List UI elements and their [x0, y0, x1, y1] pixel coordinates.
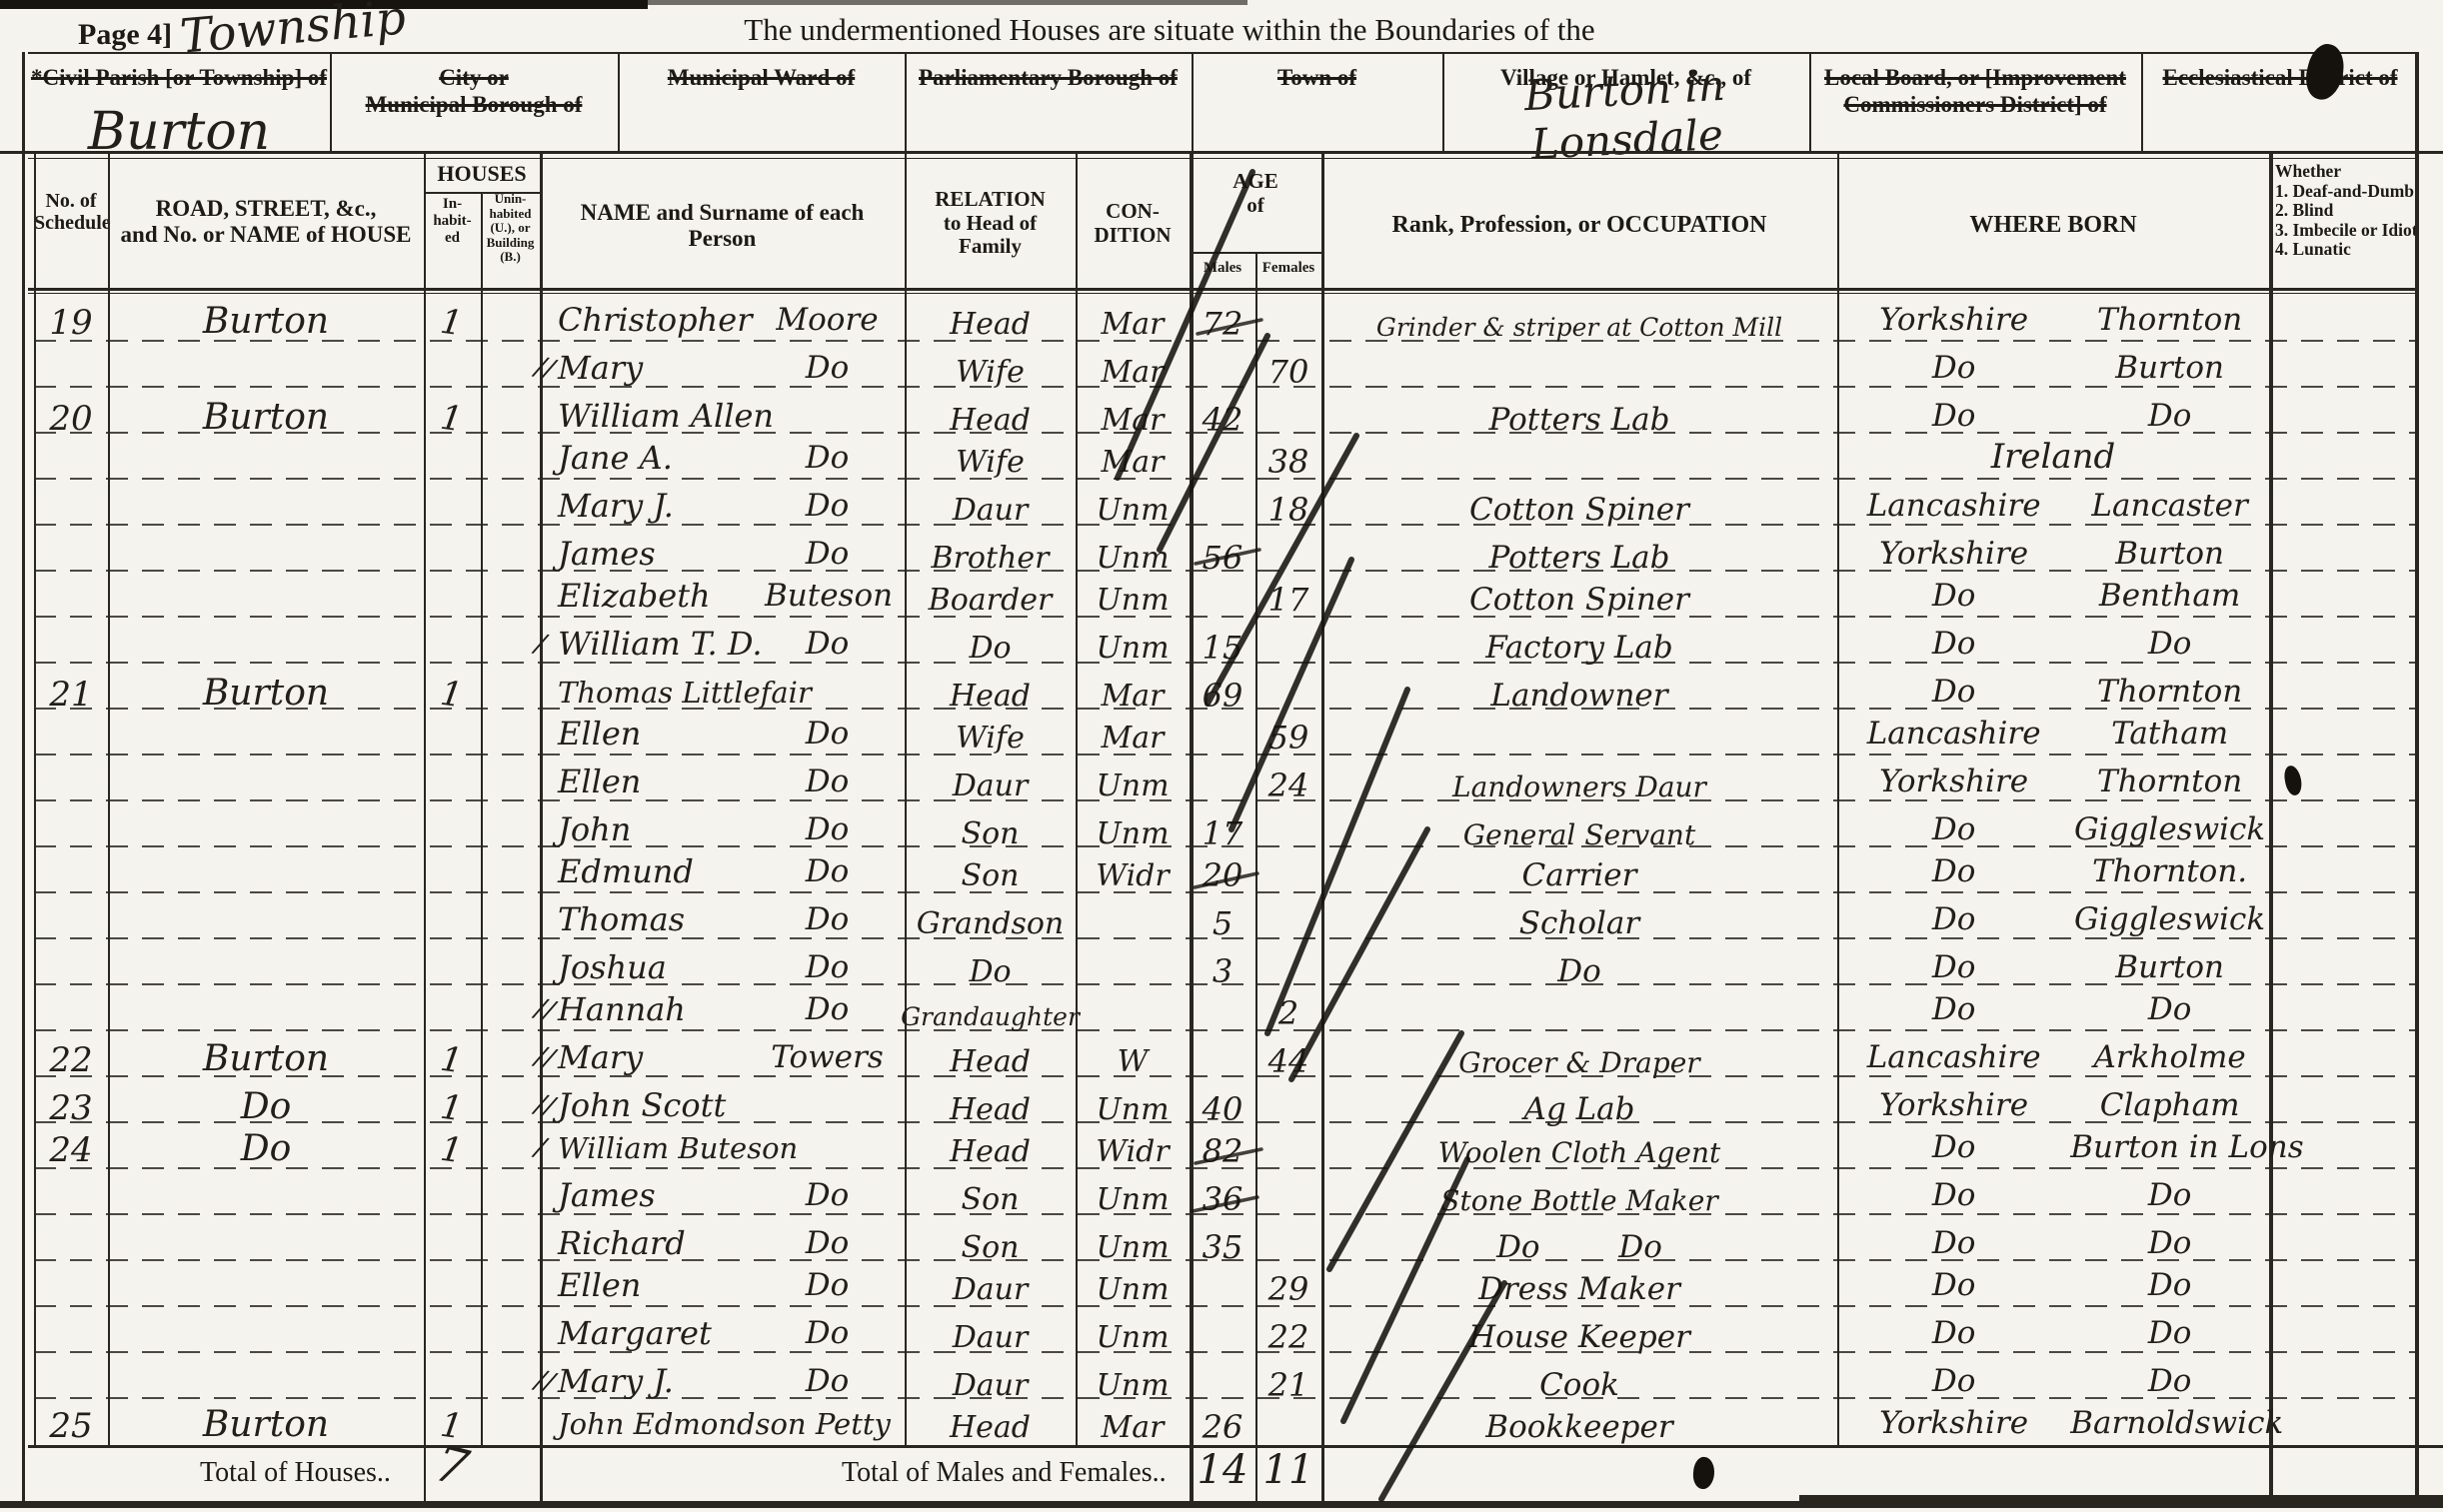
cell-road: Burton [108, 390, 424, 436]
cell-relation: Do [905, 941, 1076, 987]
cell-schedule-number: 25 [34, 1397, 108, 1443]
born-county: Do [1837, 1366, 2070, 1397]
cell-relation: Daur [905, 480, 1076, 526]
cell-age-male [1190, 1355, 1255, 1401]
cell-condition: Unm [1076, 618, 1190, 664]
cell-relation: Head [905, 1397, 1076, 1443]
cell-name: / William Buteson [540, 1121, 905, 1167]
cell-age-male: 20 [1190, 845, 1255, 891]
born-county: Do [1837, 353, 2070, 384]
born-place: Thornton [2070, 677, 2269, 708]
enumerator-tick: // [533, 1366, 557, 1397]
cell-condition: Unm [1076, 803, 1190, 849]
name-given: Richard [558, 1227, 686, 1259]
cell-inhabited [421, 889, 484, 942]
cell-condition: W [1076, 1031, 1190, 1077]
cell-condition: Mar [1076, 1397, 1190, 1443]
cell-where-born: Do Do [1837, 983, 2269, 1029]
col-header-males: Males [1190, 260, 1255, 277]
cell-inhabited [421, 338, 484, 391]
name-surname: Do [765, 719, 890, 750]
name-surname: Do [765, 1228, 890, 1259]
cell-schedule-number [34, 1355, 108, 1401]
born-county: Do [1837, 677, 2070, 708]
born-place: Bentham [2070, 581, 2269, 612]
cell-inhabited: 1 [421, 1027, 484, 1080]
table-row: Thomas Do Grandson 5 Scholar Do Gigglesw… [0, 893, 2443, 939]
cell-condition: Widr [1076, 1121, 1190, 1167]
table-row: Edmund Do Son Widr 20 Carrier Do Thornto… [0, 847, 2443, 893]
born-county: Lancashire [1837, 491, 2070, 522]
born-county: Do [1837, 814, 2070, 845]
table-row: 20 Burton 1 William Allen Head Mar 42 Po… [0, 388, 2443, 434]
cell-schedule-number: 20 [34, 390, 108, 436]
cell-relation: Head [905, 1031, 1076, 1077]
cell-where-born: Lancashire Lancaster [1837, 480, 2269, 526]
cell-inhabited [421, 841, 484, 894]
enumerator-tick: / [533, 630, 548, 658]
born-place: Lancaster [2070, 491, 2269, 522]
cell-road: Burton [108, 1031, 424, 1077]
cell-road [108, 1307, 424, 1353]
cell-schedule-number [34, 756, 108, 801]
born-county: Yorkshire [1837, 539, 2070, 570]
cell-relation: Head [905, 666, 1076, 712]
cell-age-male [1190, 983, 1255, 1029]
cell-inhabited [421, 614, 484, 667]
cell-relation: Head [905, 1121, 1076, 1167]
born-county: Do [1837, 1270, 2070, 1301]
table-row: Ellen Do Daur Unm 24 Landowners Daur Yor… [0, 756, 2443, 801]
cell-road [108, 528, 424, 574]
born-place: Do [2070, 401, 2269, 432]
cell-relation: Son [905, 1217, 1076, 1263]
cell-schedule-number [34, 1259, 108, 1305]
enumerator-tick: / [533, 1133, 548, 1161]
cell-road [108, 618, 424, 664]
name-given: John Edmondson Petty [558, 1410, 891, 1439]
cell-age-female: 38 [1255, 432, 1321, 478]
sheet-title: The undermentioned Houses are situate wi… [620, 12, 1719, 48]
boundary-label: Town of [1192, 64, 1442, 91]
born-place: Burton [2070, 353, 2269, 384]
cell-schedule-number [34, 480, 108, 526]
name-surname: Do [765, 1366, 890, 1397]
cell-inhabited [421, 428, 484, 481]
name-surname: Do [765, 1318, 890, 1349]
cell-name: Mary J. Do [540, 480, 905, 526]
cell-condition: Unm [1076, 1307, 1190, 1353]
cell-schedule-number [34, 708, 108, 754]
cell-relation: Wife [905, 432, 1076, 478]
table-row: 21 Burton 1 Thomas Littlefair Head Mar 6… [0, 664, 2443, 710]
cell-age-female [1255, 893, 1321, 939]
born-place: Burton in Lons [2070, 1132, 2269, 1163]
cell-name: John Do [540, 803, 905, 849]
cell-schedule-number [34, 570, 108, 616]
cell-age-female: 44 [1255, 1031, 1321, 1077]
table-row: John Do Son Unm 17 General Servant Do Gi… [0, 801, 2443, 847]
born-place: Do [2070, 629, 2269, 660]
cell-schedule-number: 22 [34, 1031, 108, 1077]
name-surname: Moore [765, 305, 890, 336]
name-given: John Scott [558, 1089, 726, 1121]
name-given: Ellen [558, 718, 641, 750]
enumerator-tick: // [533, 353, 557, 384]
enumerator-tick: // [533, 1042, 557, 1073]
col-header-relation: RELATION to Head of Family [905, 188, 1076, 259]
cell-inhabited [421, 752, 484, 804]
born-place: Thornton [2070, 766, 2269, 797]
cell-age-female [1255, 1397, 1321, 1443]
cell-occupation: Cook [1321, 1355, 1837, 1401]
cell-age-female: 18 [1255, 480, 1321, 526]
cell-age-male [1190, 480, 1255, 526]
table-row: Richard Do Son Unm 35 Do Do Do Do [0, 1215, 2443, 1261]
cell-schedule-number [34, 845, 108, 891]
name-given: William Buteson [558, 1134, 798, 1163]
col-header-disability: Whether 1. Deaf-and-Dumb 2. Blind 3. Imb… [2275, 162, 2421, 260]
cell-name: // Hannah Do [540, 983, 905, 1029]
cell-occupation: Do Do [1321, 1217, 1837, 1263]
cell-condition: Unm [1076, 1355, 1190, 1401]
census-page-scan: Page 4] Township The undermentioned Hous… [0, 0, 2443, 1512]
table-row: James Do Son Unm 36 Stone Bottle Maker D… [0, 1169, 2443, 1215]
ink-blot [1691, 1456, 1715, 1490]
table-row: Mary J. Do Daur Unm 18 Cotton Spiner Lan… [0, 480, 2443, 526]
cell-age-male: 36 [1190, 1169, 1255, 1215]
cell-name: Christopher Moore [540, 294, 905, 340]
cell-occupation: Potters Lab [1321, 390, 1837, 436]
name-surname: Do [765, 856, 890, 887]
scan-edge-artifact [648, 0, 1247, 5]
cell-condition [1076, 941, 1190, 987]
born-county: Do [1837, 1132, 2070, 1163]
born-county: Lancashire [1837, 1042, 2070, 1073]
cell-road [108, 570, 424, 616]
cell-name: // Mary Towers [540, 1031, 905, 1077]
cell-where-born: Do Giggleswick [1837, 893, 2269, 939]
born-place: Giggleswick [2070, 904, 2269, 935]
cell-inhabited: 1 [421, 290, 484, 343]
born-place: Do [2070, 1318, 2269, 1349]
cell-schedule-number: 24 [34, 1121, 108, 1167]
cell-age-male [1190, 1307, 1255, 1353]
born-place: Do [2070, 1180, 2269, 1211]
boundary-cell: Municipal Ward of [618, 58, 905, 154]
col-header-condition: CON- DITION [1076, 200, 1190, 247]
cell-relation: Grandson [905, 893, 1076, 939]
born-place: Do [2070, 1270, 2269, 1301]
cell-where-born: Do Do [1837, 1217, 2269, 1263]
cell-condition: Mar [1076, 342, 1190, 388]
table-row: Joshua Do Do 3 Do Do Burton [0, 939, 2443, 985]
table-row: // Hannah Do Grandaughter 2 Do Do [0, 985, 2443, 1031]
cell-relation: Daur [905, 756, 1076, 801]
name-given: James [558, 538, 656, 570]
name-given: Hannah [558, 993, 686, 1025]
name-given: Mary J. [558, 1365, 674, 1397]
cell-where-born: Yorkshire Clapham [1837, 1079, 2269, 1125]
cell-age-female [1255, 1079, 1321, 1125]
table-row: // Mary Do Wife Mar 70 Do Burton [0, 342, 2443, 388]
boundary-cell: City or Municipal Borough of [330, 58, 618, 154]
cell-schedule-number: 23 [34, 1079, 108, 1125]
born-county: Do [1837, 629, 2070, 660]
cell-condition: Unm [1076, 1079, 1190, 1125]
cell-condition: Widr [1076, 845, 1190, 891]
cell-condition [1076, 983, 1190, 1029]
cell-age-female [1255, 845, 1321, 891]
name-surname: Do [765, 814, 890, 845]
cell-age-female: 70 [1255, 342, 1321, 388]
cell-age-male: 42 [1190, 390, 1255, 436]
cell-relation: Daur [905, 1355, 1076, 1401]
col-header-houses: HOUSES [424, 162, 540, 187]
name-given: William Allen [558, 400, 774, 432]
born-county: Do [1837, 904, 2070, 935]
cell-road: Burton [108, 1397, 424, 1443]
cell-age-male: 3 [1190, 941, 1255, 987]
born-county: Do [1837, 856, 2070, 887]
boundary-cell: Parliamentary Borough of [905, 58, 1192, 154]
cell-where-born: Do Burton in Lons [1837, 1121, 2269, 1167]
name-given: Mary J. [558, 490, 674, 522]
cell-inhabited [421, 979, 484, 1032]
born-county: Do [1837, 1180, 2070, 1211]
cell-road [108, 845, 424, 891]
cell-where-born: Lancashire Tatham [1837, 708, 2269, 754]
cell-occupation [1321, 342, 1837, 388]
born-place: Burton [2070, 952, 2269, 983]
cell-road [108, 1259, 424, 1305]
cell-relation: Do [905, 618, 1076, 664]
enumerator-tick: // [533, 1090, 557, 1121]
name-given: Ellen [558, 765, 641, 797]
cell-schedule-number [34, 941, 108, 987]
cell-age-male: 40 [1190, 1079, 1255, 1125]
cell-relation: Grandaughter [905, 983, 1076, 1029]
cell-condition: Unm [1076, 480, 1190, 526]
cell-where-born: Do Burton [1837, 941, 2269, 987]
cell-inhabited: 1 [421, 1117, 484, 1170]
name-surname: Do [765, 904, 890, 935]
name-surname: Do [765, 952, 890, 983]
cell-age-female [1255, 390, 1321, 436]
cell-relation: Wife [905, 342, 1076, 388]
name-surname: Do [765, 353, 890, 384]
cell-where-born: Do Do [1837, 1307, 2269, 1353]
cell-name: James Do [540, 1169, 905, 1215]
cell-condition: Unm [1076, 1169, 1190, 1215]
born-county: Yorkshire [1837, 766, 2070, 797]
cell-occupation: Dress Maker [1321, 1259, 1837, 1305]
cell-where-born: Do Do [1837, 390, 2269, 436]
cell-occupation: House Keeper [1321, 1307, 1837, 1353]
boundary-label: *Civil Parish [or Township] of [28, 64, 330, 91]
cell-schedule-number [34, 342, 108, 388]
cell-name: Richard Do [540, 1217, 905, 1263]
cell-age-female [1255, 294, 1321, 340]
cell-where-born: Do Burton [1837, 342, 2269, 388]
cell-name: Ellen Do [540, 1259, 905, 1305]
name-surname: Buteson [765, 581, 890, 612]
cell-name: John Edmondson Petty [540, 1397, 905, 1443]
cell-name: Thomas Do [540, 893, 905, 939]
cell-schedule-number [34, 983, 108, 1029]
cell-schedule-number [34, 618, 108, 664]
cell-occupation: Do [1321, 941, 1837, 987]
name-surname: Do [765, 443, 890, 474]
cell-age-female: 29 [1255, 1259, 1321, 1305]
cell-schedule-number [34, 803, 108, 849]
cell-name: // Mary J. Do [540, 1355, 905, 1401]
table-row: 23 Do 1 // John Scott Head Unm 40 Ag Lab… [0, 1077, 2443, 1123]
cell-age-male [1190, 756, 1255, 801]
total-houses-label: Total of Houses.. [200, 1457, 391, 1489]
cell-age-male: 35 [1190, 1217, 1255, 1263]
cell-schedule-number [34, 893, 108, 939]
boundary-cell: Town of [1192, 58, 1442, 154]
born-county: Do [1837, 401, 2070, 432]
total-males-value: 14 [1190, 1447, 1255, 1493]
cell-age-male: 72 [1190, 294, 1255, 340]
born-county: Ireland [1837, 440, 2269, 474]
cell-condition [1076, 893, 1190, 939]
total-females-value: 11 [1255, 1447, 1321, 1493]
cell-condition: Unm [1076, 528, 1190, 574]
cell-where-born: Do Thornton. [1837, 845, 2269, 891]
cell-condition: Mar [1076, 708, 1190, 754]
boundary-label: Parliamentary Borough of [905, 64, 1192, 91]
boundary-cell: Local Board, or [Improvement Commissione… [1809, 58, 2141, 154]
cell-road [108, 342, 424, 388]
cell-road [108, 432, 424, 478]
cell-road [108, 1169, 424, 1215]
cell-occupation: Woolen Cloth Agent [1321, 1121, 1837, 1167]
cell-road [108, 803, 424, 849]
table-row: 25 Burton 1 John Edmondson Petty Head Ma… [0, 1399, 2443, 1445]
cell-age-female [1255, 1121, 1321, 1167]
cell-relation: Brother [905, 528, 1076, 574]
cell-inhabited [421, 566, 484, 619]
cell-condition: Mar [1076, 666, 1190, 712]
col-header-uninhabited: Unin- habited (U.), or Building (B.) [481, 192, 540, 265]
name-surname: Towers [765, 1042, 890, 1073]
cell-age-female [1255, 1169, 1321, 1215]
cell-where-born: Yorkshire Barnoldswick [1837, 1397, 2269, 1443]
cell-name: William Allen [540, 390, 905, 436]
born-county: Do [1837, 1228, 2070, 1259]
cell-where-born: Do Bentham [1837, 570, 2269, 616]
cell-schedule-number: 19 [34, 294, 108, 340]
cell-inhabited [421, 704, 484, 756]
cell-road: Do [108, 1121, 424, 1167]
cell-age-female [1255, 528, 1321, 574]
born-place: Do [2070, 1228, 2269, 1259]
cell-road [108, 480, 424, 526]
cell-name: / William T. D. Do [540, 618, 905, 664]
name-surname: Do [765, 491, 890, 522]
born-county: Do [1837, 952, 2070, 983]
cell-schedule-number [34, 432, 108, 478]
cell-age-female [1255, 941, 1321, 987]
cell-age-male [1190, 570, 1255, 616]
cell-schedule-number [34, 1169, 108, 1215]
cell-where-born: Lancashire Arkholme [1837, 1031, 2269, 1077]
col-header-age: AGE of [1190, 170, 1321, 217]
cell-road [108, 756, 424, 801]
cell-schedule-number: 21 [34, 666, 108, 712]
born-place: Barnoldswick [2070, 1408, 2269, 1439]
cell-condition: Unm [1076, 1217, 1190, 1263]
cell-name: Thomas Littlefair [540, 666, 905, 712]
cell-where-born: Yorkshire Burton [1837, 528, 2269, 574]
cell-condition: Unm [1076, 570, 1190, 616]
total-males-females-label: Total of Males and Females.. [842, 1457, 1167, 1489]
cell-schedule-number [34, 528, 108, 574]
cell-where-born: Do Do [1837, 618, 2269, 664]
cell-age-female [1255, 1217, 1321, 1263]
col-header-occupation: Rank, Profession, or OCCUPATION [1321, 212, 1837, 239]
cell-age-female: 24 [1255, 756, 1321, 801]
cell-name: James Do [540, 528, 905, 574]
cell-occupation [1321, 983, 1837, 1029]
cell-relation: Head [905, 1079, 1076, 1125]
col-header-road: ROAD, STREET, &c., and No. or NAME of HO… [108, 196, 424, 248]
name-given: Mary [558, 1041, 643, 1073]
name-surname: Do [765, 1180, 890, 1211]
born-county: Yorkshire [1837, 1090, 2070, 1121]
enumerator-tick: // [533, 994, 557, 1025]
col-header-inhabited: In- habit- ed [424, 196, 481, 246]
cell-inhabited [421, 1255, 484, 1308]
page-annotation-handwritten: Township [178, 0, 408, 65]
cell-age-male [1190, 708, 1255, 754]
born-place: Burton [2070, 539, 2269, 570]
born-county: Do [1837, 581, 2070, 612]
cell-age-male [1190, 1031, 1255, 1077]
name-given: Jane A. [558, 442, 673, 474]
table-row: James Do Brother Unm 56 Potters Lab York… [0, 526, 2443, 572]
cell-relation: Head [905, 390, 1076, 436]
cell-occupation: Ag Lab [1321, 1079, 1837, 1125]
boundary-value-handwritten: Burton in Lonsdale [1440, 56, 1812, 173]
name-given: Edmund [558, 855, 694, 887]
col-header-name: NAME and Surname of each Person [540, 200, 905, 252]
born-county: Yorkshire [1837, 1408, 2070, 1439]
cell-relation: Daur [905, 1307, 1076, 1353]
cell-occupation: Cotton Spiner [1321, 480, 1837, 526]
born-county: Do [1837, 994, 2070, 1025]
cell-occupation [1321, 708, 1837, 754]
born-place: Tatham [2070, 719, 2269, 750]
cell-where-born: Yorkshire Thornton [1837, 756, 2269, 801]
cell-occupation [1321, 432, 1837, 478]
boundary-label: Municipal Ward of [618, 64, 905, 91]
born-county: Do [1837, 1318, 2070, 1349]
cell-where-born: Do Giggleswick [1837, 803, 2269, 849]
cell-relation: Boarder [905, 570, 1076, 616]
cell-where-born: Do Thornton [1837, 666, 2269, 712]
cell-name: Ellen Do [540, 708, 905, 754]
cell-age-male: 5 [1190, 893, 1255, 939]
cell-road [108, 1217, 424, 1263]
born-county: Lancashire [1837, 719, 2070, 750]
born-place: Arkholme [2070, 1042, 2269, 1073]
cell-condition: Mar [1076, 390, 1190, 436]
cell-name: Joshua Do [540, 941, 905, 987]
